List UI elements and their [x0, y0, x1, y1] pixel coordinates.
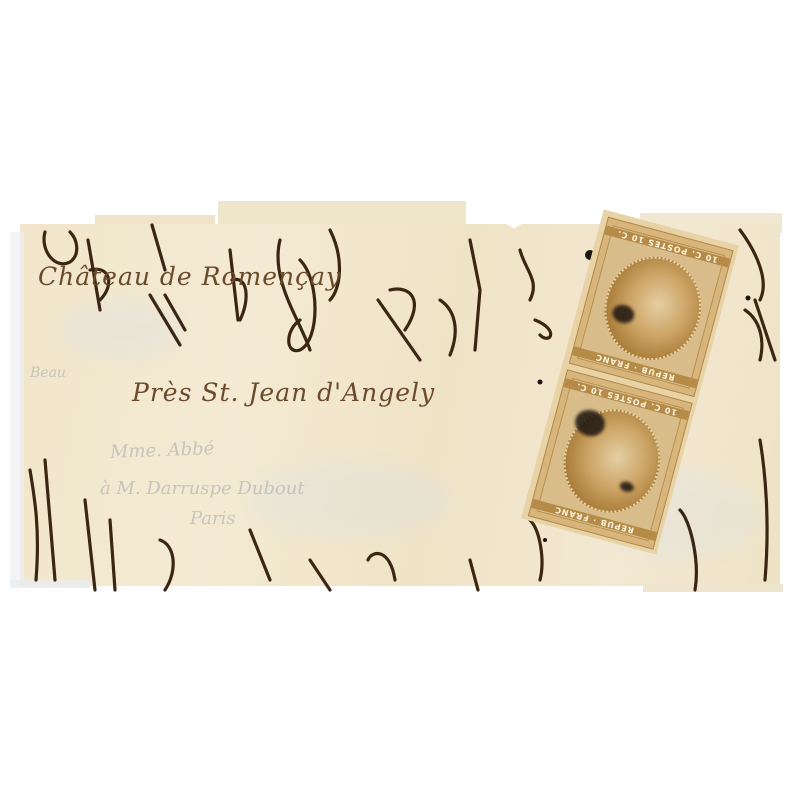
address-line-1: Château de Romençay	[38, 262, 341, 291]
faint-writing-line: Paris	[190, 508, 236, 529]
document-photo: Beau Mme. Abbé à M. Darruspe Dubout Pari…	[0, 0, 800, 800]
protective-sleeve-bottom	[10, 580, 90, 588]
protective-sleeve-left	[10, 232, 24, 582]
faint-writing-line: Mme. Abbé	[110, 438, 215, 463]
faint-writing-line: à M. Darruspe Dubout	[100, 478, 305, 499]
paper-stain	[250, 460, 450, 540]
address-line-2: Près St. Jean d'Angely	[132, 378, 435, 407]
paper-stain	[60, 300, 180, 360]
paper-fold-bottom-right	[643, 584, 783, 592]
faint-writing-line: Beau	[30, 365, 66, 381]
